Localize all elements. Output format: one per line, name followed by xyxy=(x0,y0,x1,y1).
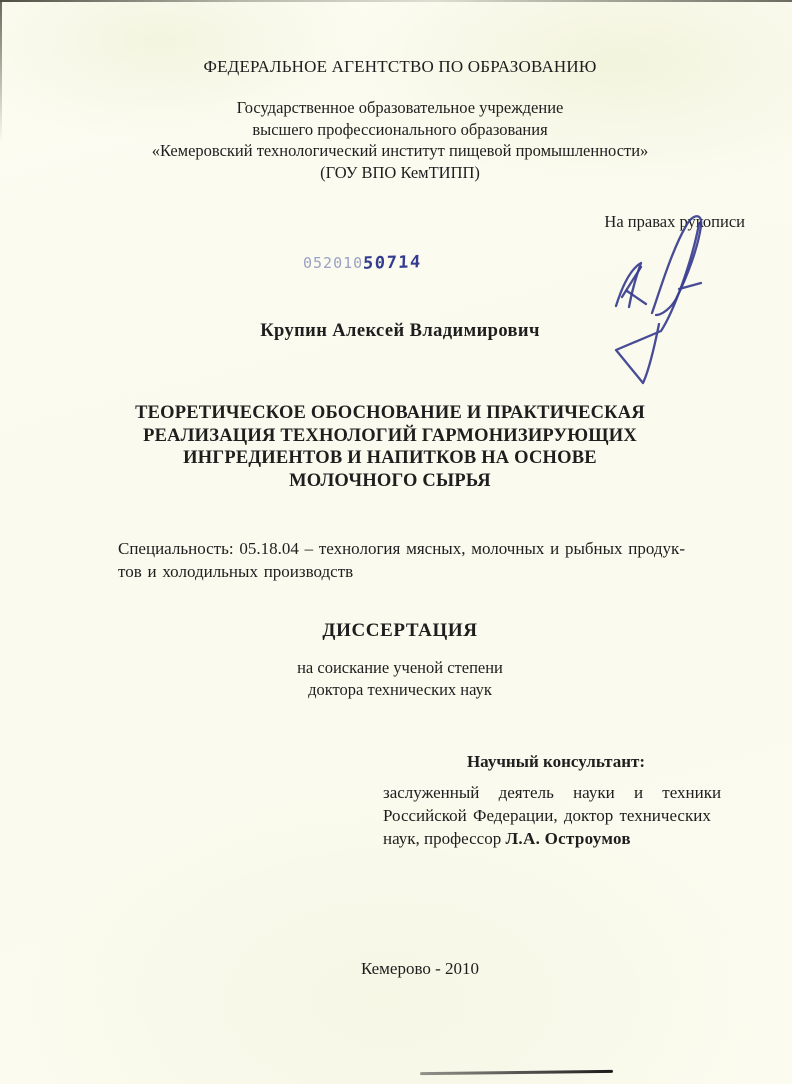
specialty-block: Специальность: 05.18.04 – технология мяс… xyxy=(118,537,728,583)
stamp-number-typed: 052010 xyxy=(303,254,363,272)
institution-line-4: (ГОУ ВПО КемТИПП) xyxy=(30,162,770,184)
header-agency: ФЕДЕРАЛЬНОЕ АГЕНТСТВО ПО ОБРАЗОВАНИЮ xyxy=(30,57,770,77)
consultant-block: Научный консультант: заслуженный деятель… xyxy=(383,752,729,851)
consultant-line-3-prefix: наук, профессор xyxy=(383,829,505,848)
institution-line-1: Государственное образовательное учрежден… xyxy=(30,97,770,119)
institution-line-3: «Кемеровский технологический институт пи… xyxy=(30,140,770,162)
title-line-1: ТЕОРЕТИЧЕСКОЕ ОБОСНОВАНИЕ И ПРАКТИЧЕСКАЯ xyxy=(30,402,750,425)
degree-line-1: на соискание ученой степени xyxy=(30,657,770,679)
document-type-heading: ДИССЕРТАЦИЯ xyxy=(30,620,770,642)
degree-line-2: доктора технических наук xyxy=(30,679,770,701)
scan-edge-top xyxy=(0,0,792,2)
title-line-3: ИНГРЕДИЕНТОВ И НАПИТКОВ НА ОСНОВЕ xyxy=(30,447,750,470)
title-line-4: МОЛОЧНОГО СЫРЬЯ xyxy=(30,470,750,493)
degree-purpose: на соискание ученой степени доктора техн… xyxy=(30,657,770,701)
footer-city-year: Кемерово - 2010 xyxy=(60,959,780,979)
header-institution: Государственное образовательное учрежден… xyxy=(30,97,770,183)
scan-edge-left xyxy=(0,2,2,142)
stamp-number-handwritten: 50714 xyxy=(363,252,423,274)
stamp-number: 05201050714 xyxy=(303,253,422,273)
dissertation-title-page: ФЕДЕРАЛЬНОЕ АГЕНТСТВО ПО ОБРАЗОВАНИЮ Гос… xyxy=(0,0,792,1084)
signature-ink xyxy=(600,205,720,390)
dissertation-title: ТЕОРЕТИЧЕСКОЕ ОБОСНОВАНИЕ И ПРАКТИЧЕСКАЯ… xyxy=(30,402,750,492)
consultant-name: Л.А. Остроумов xyxy=(505,829,630,848)
specialty-line-2: тов и холодильных производств xyxy=(118,560,728,583)
consultant-label: Научный консультант: xyxy=(383,752,729,772)
specialty-line-1: Специальность: 05.18.04 – технология мяс… xyxy=(118,537,728,560)
title-line-2: РЕАЛИЗАЦИЯ ТЕХНОЛОГИЙ ГАРМОНИЗИРУЮЩИХ xyxy=(30,425,750,448)
consultant-line-1: заслуженный деятель науки и техники xyxy=(383,781,729,804)
consultant-line-3: наук, профессор Л.А. Остроумов xyxy=(383,827,729,850)
consultant-line-2: Российской Федерации, доктор технических xyxy=(383,804,729,827)
scan-artifact-line xyxy=(420,1070,613,1075)
institution-line-2: высшего профессионального образования xyxy=(30,119,770,141)
